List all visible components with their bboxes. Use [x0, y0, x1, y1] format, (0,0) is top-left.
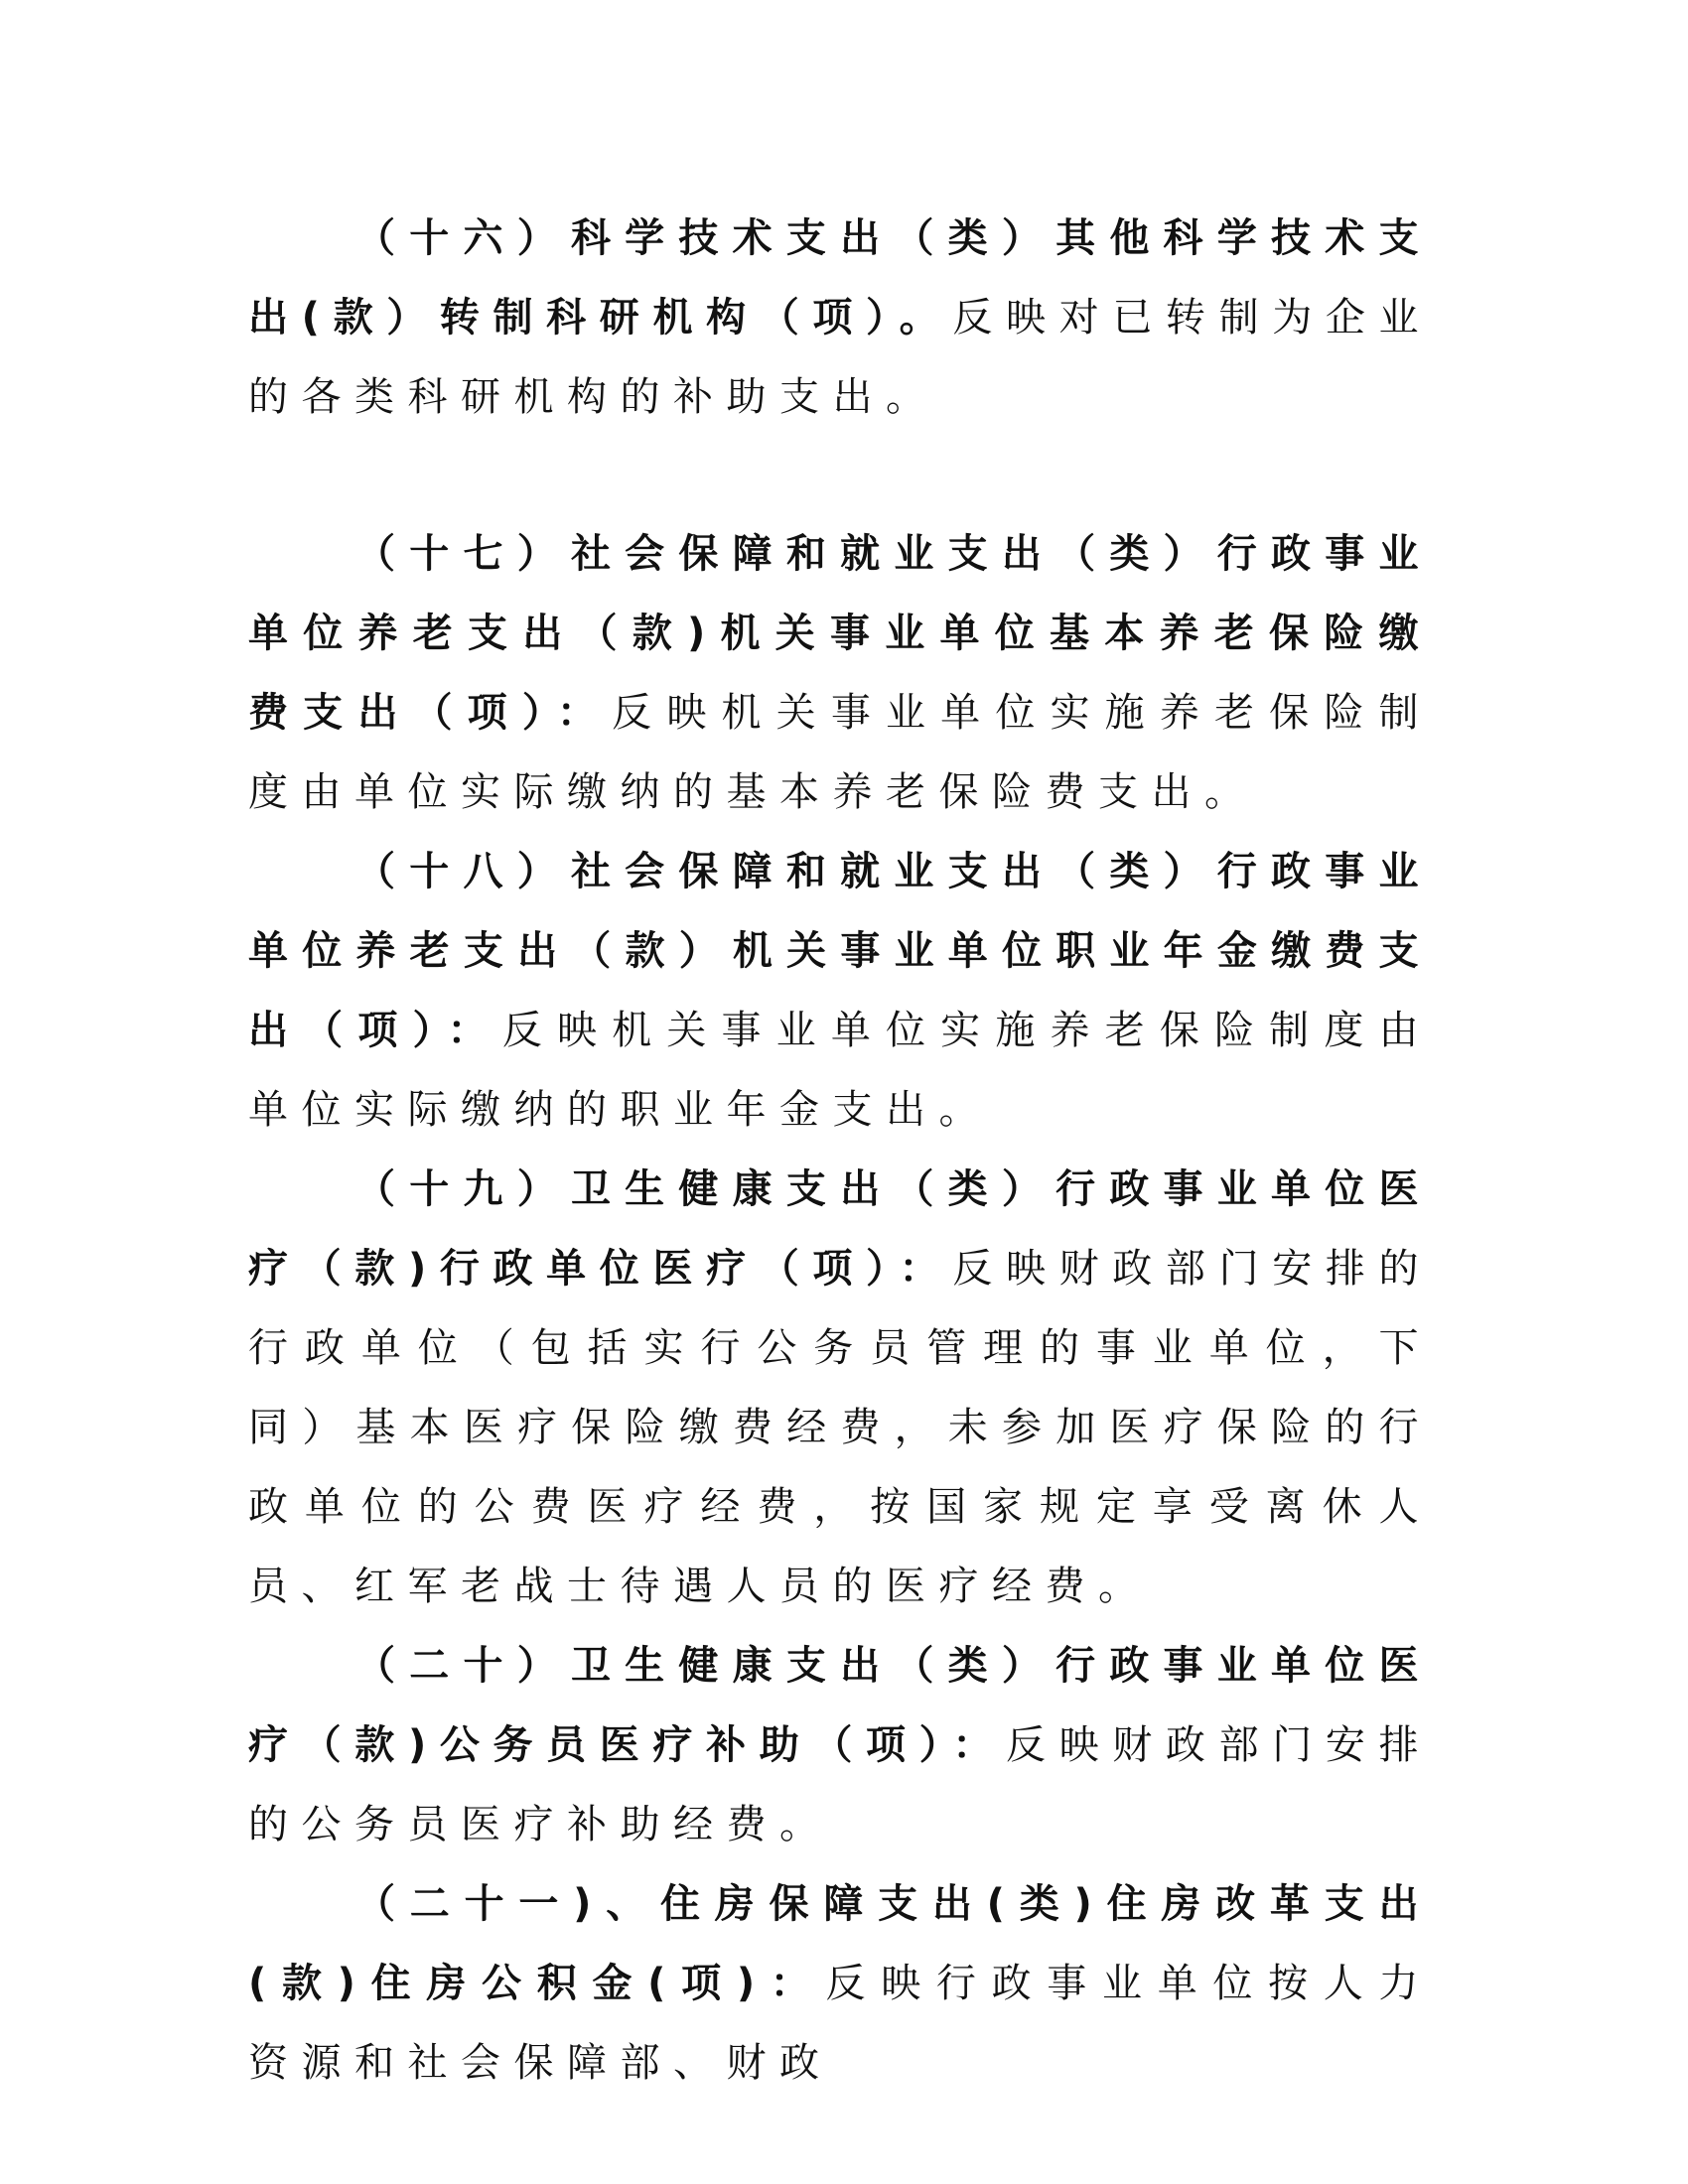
paragraph-21: （二十一)、住房保障支出(类)住房改革支出(款)住房公积金(项)：反映行政事业单…	[248, 1864, 1432, 2103]
paragraph-17: （十七）社会保障和就业支出（类）行政事业单位养老支出（款)机关事业单位基本养老保…	[248, 514, 1432, 832]
document-page: （十六）科学技术支出（类）其他科学技术支出(款）转制科研机构（项）。反映对已转制…	[248, 199, 1432, 2103]
paragraph-16: （十六）科学技术支出（类）其他科学技术支出(款）转制科研机构（项）。反映对已转制…	[248, 199, 1432, 437]
paragraph-20: （二十）卫生健康支出（类）行政事业单位医疗（款)公务员医疗补助（项）：反映财政部…	[248, 1626, 1432, 1864]
paragraph-19: （十九）卫生健康支出（类）行政事业单位医疗（款)行政单位医疗（项）：反映财政部门…	[248, 1150, 1432, 1626]
paragraph-body: 反映财政部门安排的行政单位（包括实行公务员管理的事业单位，下同）基本医疗保险缴费…	[248, 1246, 1432, 1609]
paragraph-18: （十八）社会保障和就业支出（类）行政事业单位养老支出（款）机关事业单位职业年金缴…	[248, 832, 1432, 1150]
